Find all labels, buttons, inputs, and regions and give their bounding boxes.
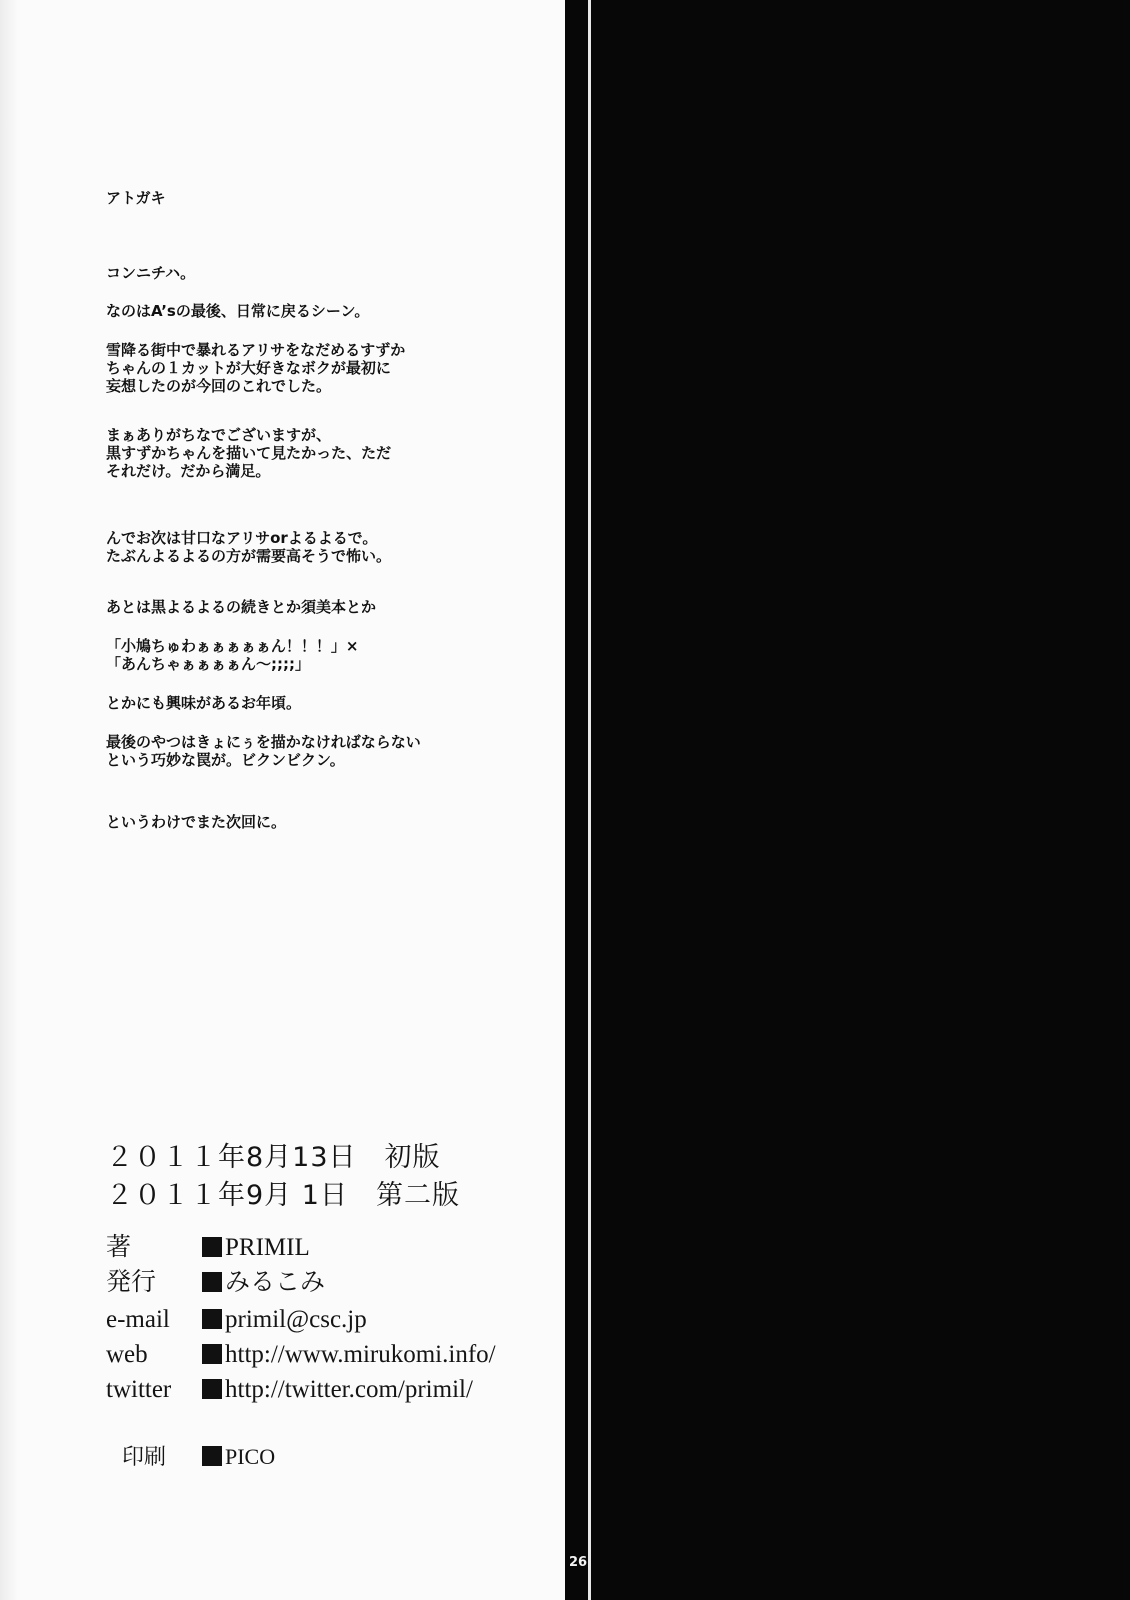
afterword-line: という巧妙な罠が。ビクンビクン。	[106, 751, 345, 769]
afterword-line: 雪降る街中で暴れるアリサをなだめるすずか	[106, 341, 405, 359]
info-label: 著	[106, 1233, 202, 1263]
afterword-line: たぶんよるよるの方が需要高そうで怖い。	[106, 547, 391, 565]
right-page-black	[565, 0, 1130, 1600]
afterword-line: それだけ。だから満足。	[106, 462, 270, 480]
afterword-line: なのはA’sの最後、日常に戻るシーン。	[106, 302, 369, 320]
info-row-author: 著PRIMIL	[106, 1233, 310, 1263]
square-bullet-icon	[202, 1237, 222, 1257]
info-value: primil@csc.jp	[225, 1306, 367, 1333]
square-bullet-icon	[202, 1446, 222, 1466]
afterword-line: 最後のやつはきょにぅを描かなければならない	[106, 733, 421, 751]
afterword-line: あとは黒よるよるの続きとか須美本とか	[106, 598, 376, 616]
afterword-line: 「小鳩ちゅわぁぁぁぁぁん！！！」×	[106, 637, 358, 655]
left-page: アトガキ コンニチハ。 なのはA’sの最後、日常に戻るシーン。 雪降る街中で暴れ…	[0, 0, 565, 1600]
afterword-title: アトガキ	[106, 189, 166, 207]
page-number: 26	[568, 1555, 588, 1570]
info-row-email: e-mailprimil@csc.jp	[106, 1305, 367, 1335]
afterword-line: 黒すずかちゃんを描いて見たかった、ただ	[106, 444, 391, 462]
info-row-printer: 印刷PICO	[122, 1442, 275, 1472]
info-value: http://www.mirukomi.info/	[225, 1341, 496, 1368]
edition-first: ２０１１年8月13日 初版	[106, 1142, 441, 1174]
afterword-line: 「あんちゃぁぁぁぁん～;;;;」	[106, 655, 310, 673]
info-row-web: webhttp://www.mirukomi.info/	[106, 1340, 496, 1370]
afterword-line: 妄想したのが今回のこれでした。	[106, 377, 331, 395]
info-value: PICO	[225, 1444, 275, 1469]
info-label: twitter	[106, 1375, 202, 1405]
info-row-publisher: 発行みるこみ	[106, 1268, 325, 1298]
afterword-line: まぁありがちなでございますが、	[106, 426, 331, 444]
square-bullet-icon	[202, 1309, 222, 1329]
afterword-line: んでお次は甘口なアリサorよるよるで。	[106, 529, 377, 547]
afterword-line: とかにも興味があるお年頃。	[106, 694, 301, 712]
info-value: PRIMIL	[225, 1234, 310, 1261]
afterword-line: というわけでまた次回に。	[106, 813, 286, 831]
square-bullet-icon	[202, 1344, 222, 1364]
info-label: 発行	[106, 1268, 202, 1298]
info-label: e-mail	[106, 1305, 202, 1335]
info-label: web	[106, 1340, 202, 1370]
edition-second: ２０１１年9月 1日 第二版	[106, 1180, 460, 1212]
afterword-line: コンニチハ。	[106, 264, 195, 282]
square-bullet-icon	[202, 1272, 222, 1292]
info-row-twitter: twitterhttp://twitter.com/primil/	[106, 1375, 473, 1405]
info-label: 印刷	[122, 1442, 202, 1472]
info-value: みるこみ	[225, 1269, 325, 1296]
info-value: http://twitter.com/primil/	[225, 1376, 473, 1403]
afterword-line: ちゃんの１カットが大好きなボクが最初に	[106, 359, 391, 377]
gutter-line	[588, 0, 591, 1600]
square-bullet-icon	[202, 1379, 222, 1399]
